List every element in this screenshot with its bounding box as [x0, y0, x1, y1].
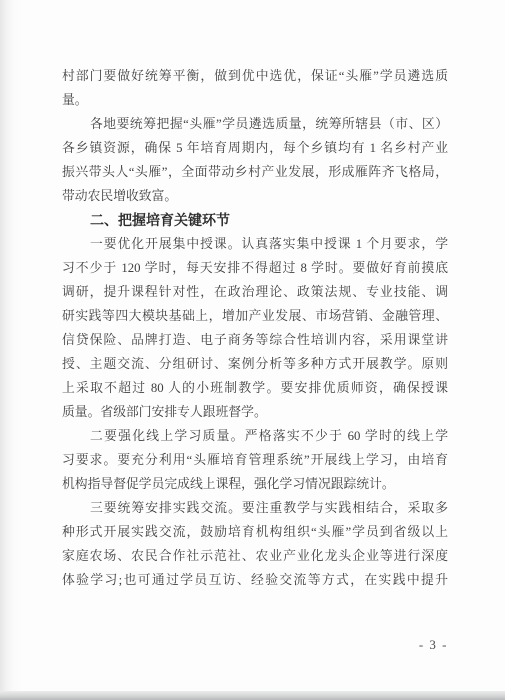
text-line: 种形式开展实践交流，鼓励培育机构组织“头雁”学员到省级以上 — [62, 520, 448, 544]
page-number: - 3 - — [419, 637, 448, 653]
text-line: 授、主题交流、分组研讨、案例分析等多种方式开展教学。原则 — [62, 352, 448, 376]
text-line: 习不少于 120 学时，每天安排不得超过 8 学时。要做好育前摸底 — [62, 256, 448, 280]
document-body: 村部门要做好统筹平衡，做到优中选优，保证“头雁”学员遴选质量。各地要统筹把握“头… — [62, 64, 448, 592]
text-line: 习要求。要充分利用“头雁培育管理系统”开展线上学习，由培育 — [62, 448, 448, 472]
text-line: 研实践等四大模块基础上，增加产业发展、市场营销、金融管理、 — [62, 304, 448, 328]
text-line: 村部门要做好统筹平衡，做到优中选优，保证“头雁”学员遴选质 — [62, 64, 448, 88]
text-line: 三要统筹安排实践交流。要注重教学与实践相结合，采取多 — [62, 496, 448, 520]
text-line: 质量。省级部门安排专人跟班督学。 — [62, 400, 448, 424]
text-line: 振兴带头人“头雁”，全面带动乡村产业发展，形成雁阵齐飞格局， — [62, 160, 448, 184]
text-line: 信贷保险、品牌打造、电子商务等综合性培训内容，采用课堂讲 — [62, 328, 448, 352]
text-line: 量。 — [62, 88, 448, 112]
text-line: 带动农民增收致富。 — [62, 184, 448, 208]
document-page: 村部门要做好统筹平衡，做到优中选优，保证“头雁”学员遴选质量。各地要统筹把握“头… — [0, 0, 505, 700]
text-line: 上采取不超过 80 人的小班制教学。要安排优质师资，确保授课 — [62, 376, 448, 400]
section-heading: 二、把握培育关键环节 — [62, 208, 448, 232]
text-line: 各地要统筹把握“头雁”学员遴选质量，统筹所辖县（市、区） — [62, 112, 448, 136]
text-line: 一要优化开展集中授课。认真落实集中授课 1 个月要求，学 — [62, 232, 448, 256]
text-line: 二要强化线上学习质量。严格落实不少于 60 学时的线上学 — [62, 424, 448, 448]
text-line: 各乡镇资源，确保 5 年培育周期内，每个乡镇均有 1 名乡村产业 — [62, 136, 448, 160]
page-bottom-edge-shadow — [0, 691, 505, 700]
text-line: 体验学习;也可通过学员互访、经验交流等方式，在实践中提升 — [62, 568, 448, 592]
text-line: 调研，提升课程针对性，在政治理论、政策法规、专业技能、调 — [62, 280, 448, 304]
text-line: 家庭农场、农民合作社示范社、农业产业化龙头企业等进行深度 — [62, 544, 448, 568]
text-line: 机构指导督促学员完成线上课程，强化学习情况跟踪统计。 — [62, 472, 448, 496]
